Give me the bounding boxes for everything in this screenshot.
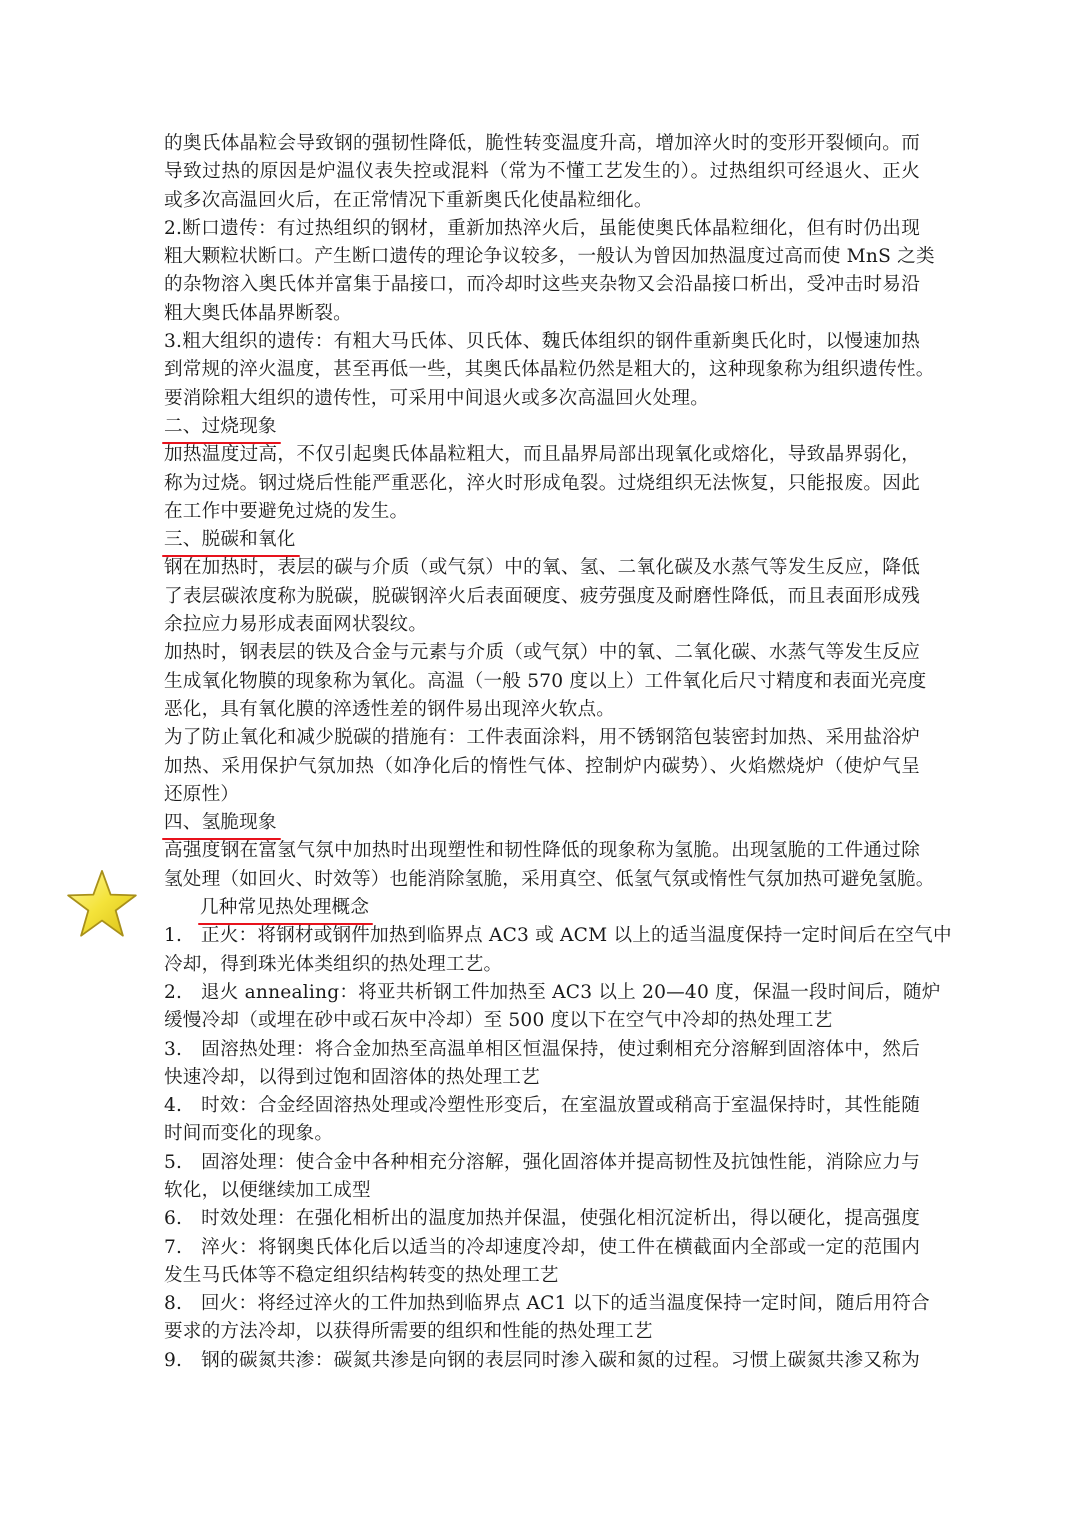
text-line: 导致过热的原因是炉温仪表失控或混料（常为不懂工艺发生的）。过热组织可经退火、正火 xyxy=(164,158,920,186)
list-item: 4. 时效：合金经固溶热处理或冷塑性形变后，在室温放置或稍高于室温保持时，其性能… xyxy=(164,1092,920,1149)
text-line: 氢处理（如回火、时效等）也能消除氢脆，采用真空、低氢气氛或惰性气氛加热可避免氢脆… xyxy=(164,866,920,894)
section-heading-heat-treatment-concepts: 几种常见热处理概念 xyxy=(164,894,920,922)
star-icon xyxy=(66,868,138,940)
list-item: 7. 淬火：将钢奥氏体化后以适当的冷却速度冷却，使工件在横截面内全部或一定的范围… xyxy=(164,1234,920,1291)
hydrogen-embrittlement-paragraph: 高强度钢在富氢气氛中加热时出现塑性和韧性降低的现象称为氢脆。出现氢脆的工件通过除… xyxy=(164,837,920,894)
list-item: 1. 正火：将钢材或钢件加热到临界点 AC3 或 ACM 以上的适当温度保持一定… xyxy=(164,922,920,979)
list-item: 3. 固溶热处理：将合金加热至高温单相区恒温保持，使过剩相充分溶解到固溶体中，然… xyxy=(164,1036,920,1093)
text-line: 生成氧化物膜的现象称为氧化。高温（一般 570 度以上）工件氧化后尺寸精度和表面… xyxy=(164,668,920,696)
text-line: 3.粗大组织的遗传：有粗大马氏体、贝氏体、魏氏体组织的钢件重新奥氏化时，以慢速加… xyxy=(164,328,920,356)
prevention-paragraph: 为了防止氧化和减少脱碳的措施有：工件表面涂料，用不锈钢箔包装密封加热、采用盐浴炉… xyxy=(164,724,920,809)
section-heading-overburning: 二、过烧现象 xyxy=(164,413,920,441)
text-line: 2.断口遗传：有过热组织的钢材，重新加热淬火后，虽能使奥氏体晶粒细化，但有时仍出… xyxy=(164,215,920,243)
text-line: 的杂物溶入奥氏体并富集于晶接口，而冷却时这些夹杂物又会沿晶接口析出，受冲击时易沿 xyxy=(164,271,920,299)
text-line: 高强度钢在富氢气氛中加热时出现塑性和韧性降低的现象称为氢脆。出现氢脆的工件通过除 xyxy=(164,837,920,865)
list-item: 5. 固溶处理：使合金中各种相充分溶解，强化固溶体并提高韧性及抗蚀性能，消除应力… xyxy=(164,1149,920,1206)
fracture-heredity-paragraph: 2.断口遗传：有过热组织的钢材，重新加热淬火后，虽能使奥氏体晶粒细化，但有时仍出… xyxy=(164,215,920,328)
text-line: 余拉应力易形成表面网状裂纹。 xyxy=(164,611,920,639)
section-heading-hydrogen-embrittlement: 四、氢脆现象 xyxy=(164,809,920,837)
text-line: 的奥氏体晶粒会导致钢的强韧性降低，脆性转变温度升高，增加淬火时的变形开裂倾向。而 xyxy=(164,130,920,158)
intro-paragraph: 的奥氏体晶粒会导致钢的强韧性降低，脆性转变温度升高，增加淬火时的变形开裂倾向。而… xyxy=(164,130,920,215)
text-line: 加热、采用保护气氛加热（如净化后的惰性气体、控制炉内碳势）、火焰燃烧炉（使炉气呈 xyxy=(164,753,920,781)
oxidation-paragraph: 加热时，钢表层的铁及合金与元素与介质（或气氛）中的氧、二氧化碳、水蒸气等发生反应… xyxy=(164,639,920,724)
text-line: 称为过烧。钢过烧后性能严重恶化，淬火时形成龟裂。过烧组织无法恢复，只能报废。因此 xyxy=(164,470,920,498)
text-line: 粗大颗粒状断口。产生断口遗传的理论争议较多，一般认为曾因加热温度过高而使 MnS… xyxy=(164,243,920,271)
text-line: 或多次高温回火后，在正常情况下重新奥氏化使晶粒细化。 xyxy=(164,187,920,215)
list-item: 8. 回火：将经过淬火的工件加热到临界点 AC1 以下的适当温度保持一定时间，随… xyxy=(164,1290,920,1347)
text-line: 粗大奥氏体晶界断裂。 xyxy=(164,300,920,328)
list-item: 2. 退火 annealing：将亚共析钢工件加热至 AC3 以上 20—40 … xyxy=(164,979,920,1036)
list-item: 9. 钢的碳氮共渗：碳氮共渗是向钢的表层同时渗入碳和氮的过程。习惯上碳氮共渗又称… xyxy=(164,1347,920,1375)
text-line: 在工作中要避免过烧的发生。 xyxy=(164,498,920,526)
decarburization-paragraph: 钢在加热时，表层的碳与介质（或气氛）中的氧、氢、二氧化碳及水蒸气等发生反应，降低… xyxy=(164,554,920,639)
structure-heredity-paragraph: 3.粗大组织的遗传：有粗大马氏体、贝氏体、魏氏体组织的钢件重新奥氏化时，以慢速加… xyxy=(164,328,920,413)
overburning-paragraph: 加热温度过高，不仅引起奥氏体晶粒粗大，而且晶界局部出现氧化或熔化，导致晶界弱化，… xyxy=(164,441,920,526)
text-line: 到常规的淬火温度，甚至再低一些，其奥氏体晶粒仍然是粗大的，这种现象称为组织遗传性… xyxy=(164,356,920,384)
text-line: 为了防止氧化和减少脱碳的措施有：工件表面涂料，用不锈钢箔包装密封加热、采用盐浴炉 xyxy=(164,724,920,752)
text-line: 要消除粗大组织的遗传性，可采用中间退火或多次高温回火处理。 xyxy=(164,385,920,413)
text-line: 加热时，钢表层的铁及合金与元素与介质（或气氛）中的氧、二氧化碳、水蒸气等发生反应 xyxy=(164,639,920,667)
text-line: 钢在加热时，表层的碳与介质（或气氛）中的氧、氢、二氧化碳及水蒸气等发生反应，降低 xyxy=(164,554,920,582)
text-line: 恶化，具有氧化膜的淬透性差的钢件易出现淬火软点。 xyxy=(164,696,920,724)
text-line: 加热温度过高，不仅引起奥氏体晶粒粗大，而且晶界局部出现氧化或熔化，导致晶界弱化， xyxy=(164,441,920,469)
section-heading-decarburization: 三、脱碳和氧化 xyxy=(164,526,920,554)
document-body: 的奥氏体晶粒会导致钢的强韧性降低，脆性转变温度升高，增加淬火时的变形开裂倾向。而… xyxy=(164,130,920,1375)
list-item: 6. 时效处理：在强化相析出的温度加热并保温，使强化相沉淀析出，得以硬化，提高强… xyxy=(164,1205,920,1233)
concepts-list: 1. 正火：将钢材或钢件加热到临界点 AC3 或 ACM 以上的适当温度保持一定… xyxy=(164,922,920,1375)
text-line: 了表层碳浓度称为脱碳，脱碳钢淬火后表面硬度、疲劳强度及耐磨性降低，而且表面形成残 xyxy=(164,583,920,611)
text-line: 还原性） xyxy=(164,781,920,809)
